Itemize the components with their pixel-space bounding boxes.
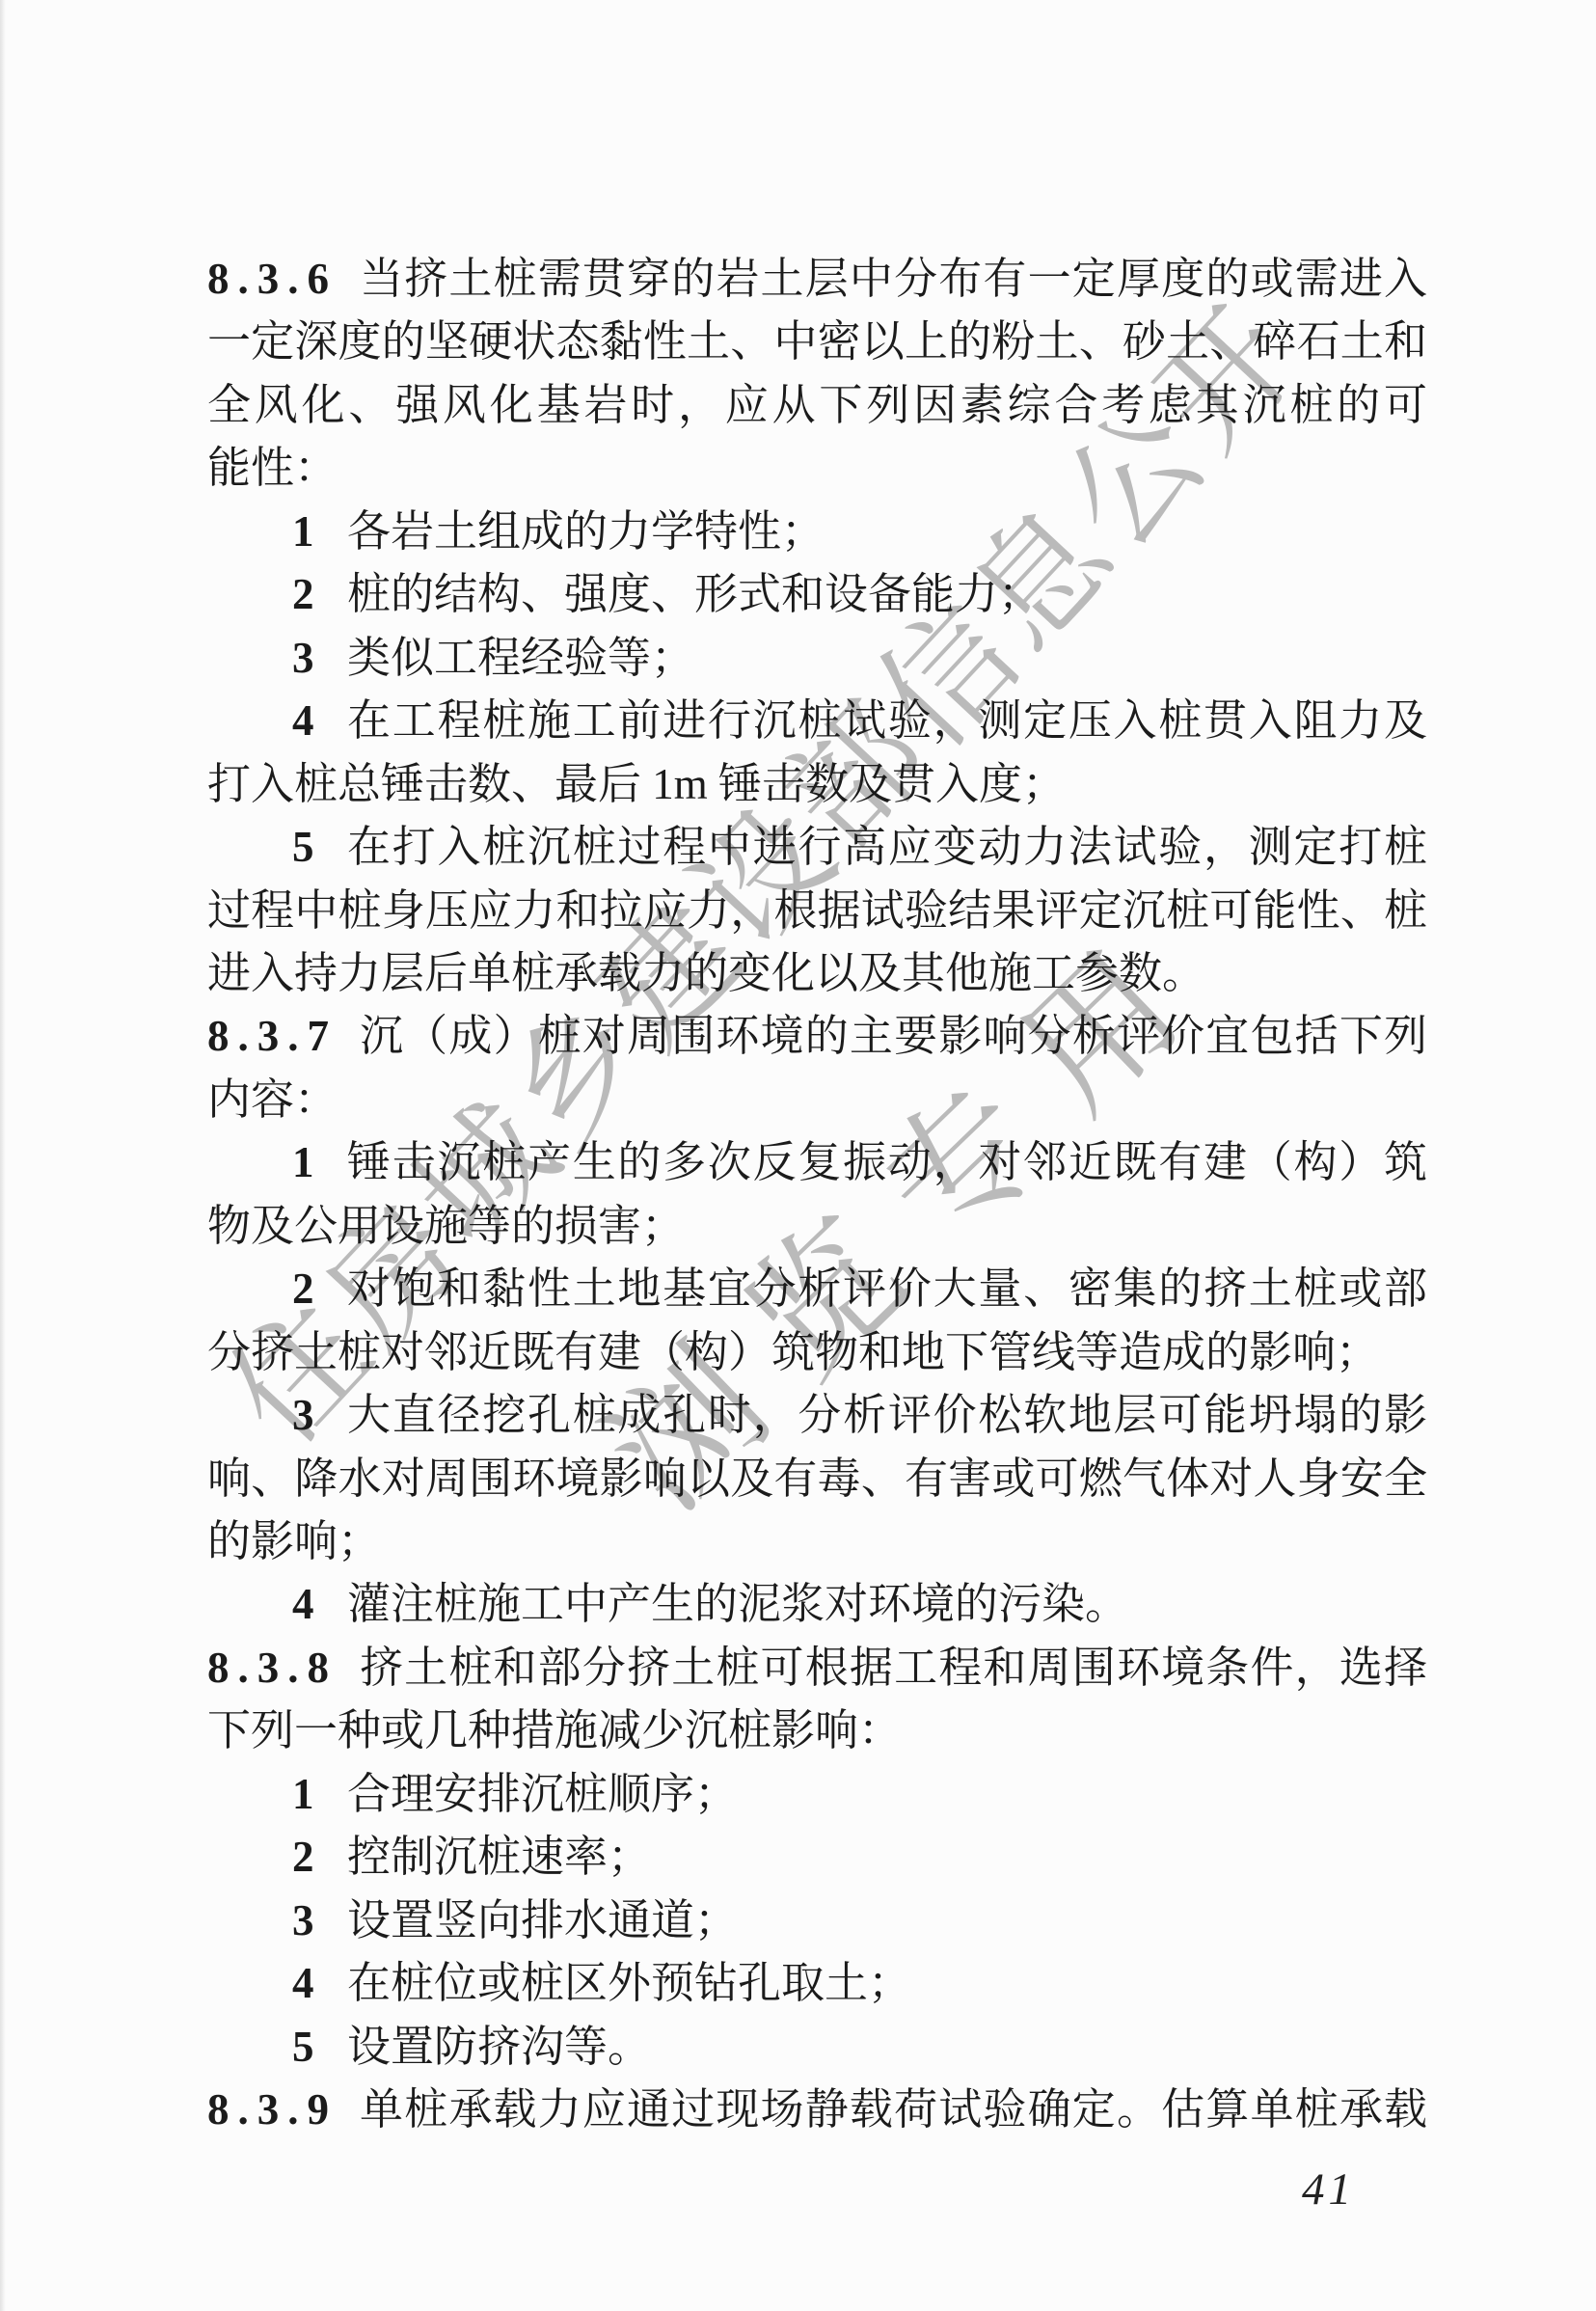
line-text: 设置防挤沟等。 bbox=[347, 2023, 651, 2071]
item-number: 1 bbox=[292, 506, 347, 557]
page-number: 41 bbox=[1177, 2163, 1355, 2216]
line-text: 设置竖向排水通道； bbox=[347, 1896, 738, 1944]
continuation-line: 能性： bbox=[207, 443, 1427, 493]
document-page: 住房城乡建设部信息公开 浏览专用 8.3.6当挤土桩需贯穿的岩土层中分布有一定厚… bbox=[0, 0, 1596, 2311]
line-text: 分挤土桩对邻近既有建（构）筑物和地下管线等造成的影响； bbox=[207, 1328, 1379, 1376]
item-number: 2 bbox=[292, 1832, 347, 1882]
line-text: 过程中桩身压应力和拉应力，根据试验结果评定沉桩可能性、桩 bbox=[207, 885, 1427, 936]
line-text: 大直径挖孔桩成孔时，分析评价松软地层可能坍塌的影 bbox=[347, 1390, 1427, 1440]
line-text: 一定深度的坚硬状态黏性土、中密以上的粉土、砂土、碎石土和 bbox=[207, 316, 1427, 367]
item-number: 1 bbox=[292, 1769, 347, 1819]
line-text: 响、降水对周围环境影响以及有毒、有害或可燃气体对人身安全 bbox=[207, 1454, 1427, 1504]
continuation-line: 的影响； bbox=[207, 1516, 1427, 1566]
continuation-line: 过程中桩身压应力和拉应力，根据试验结果评定沉桩可能性、桩 bbox=[207, 885, 1427, 936]
line-text: 内容： bbox=[207, 1075, 338, 1124]
list-item-line: 5设置防挤沟等。 bbox=[207, 2022, 1427, 2072]
item-number: 1 bbox=[292, 1137, 347, 1187]
line-text: 单桩承载力应通过现场静载荷试验确定。估算单桩承载 bbox=[360, 2084, 1427, 2134]
section-line: 8.3.8挤土桩和部分挤土桩可根据工程和周围环境条件，选择 bbox=[207, 1643, 1427, 1693]
section-line: 8.3.6当挤土桩需贯穿的岩土层中分布有一定厚度的或需进入 bbox=[207, 254, 1427, 304]
item-number: 3 bbox=[292, 633, 347, 683]
section-number: 8.3.9 bbox=[207, 2084, 360, 2134]
line-text: 灌注桩施工中产生的泥浆对环境的污染。 bbox=[347, 1580, 1128, 1628]
continuation-line: 响、降水对周围环境影响以及有毒、有害或可燃气体对人身安全 bbox=[207, 1454, 1427, 1504]
item-number: 4 bbox=[292, 1579, 347, 1629]
continuation-line: 下列一种或几种措施减少沉桩影响： bbox=[207, 1705, 1427, 1755]
line-text: 各岩土组成的力学特性； bbox=[347, 507, 825, 556]
item-number: 2 bbox=[292, 569, 347, 619]
line-text: 全风化、强风化基岩时，应从下列因素综合考虑其沉桩的可 bbox=[207, 380, 1427, 430]
continuation-line: 物及公用设施等的损害； bbox=[207, 1201, 1427, 1251]
list-item-line: 2桩的结构、强度、形式和设备能力； bbox=[207, 569, 1427, 619]
item-number: 5 bbox=[292, 822, 347, 872]
list-item-line: 1各岩土组成的力学特性； bbox=[207, 506, 1427, 557]
list-item-line: 5在打入桩沉桩过程中进行高应变动力法试验，测定打桩 bbox=[207, 822, 1427, 872]
list-item-line: 3设置竖向排水通道； bbox=[207, 1895, 1427, 1945]
continuation-line: 进入持力层后单桩承载力的变化以及其他施工参数。 bbox=[207, 948, 1427, 998]
continuation-line: 打入桩总锤击数、最后 1m 锤击数及贯入度； bbox=[207, 759, 1427, 809]
line-text: 控制沉桩速率； bbox=[347, 1833, 651, 1881]
continuation-line: 一定深度的坚硬状态黏性土、中密以上的粉土、砂土、碎石土和 bbox=[207, 316, 1427, 367]
line-text: 锤击沉桩产生的多次反复振动，对邻近既有建（构）筑 bbox=[347, 1137, 1427, 1187]
section-number: 8.3.8 bbox=[207, 1643, 360, 1693]
section-line: 8.3.9单桩承载力应通过现场静载荷试验确定。估算单桩承载 bbox=[207, 2084, 1427, 2134]
line-text: 类似工程经验等； bbox=[347, 634, 694, 682]
line-text: 沉（成）桩对周围环境的主要影响分析评价宜包括下列 bbox=[360, 1011, 1427, 1061]
text-block: 8.3.6当挤土桩需贯穿的岩土层中分布有一定厚度的或需进入一定深度的坚硬状态黏性… bbox=[0, 0, 1596, 2311]
section-number: 8.3.7 bbox=[207, 1011, 360, 1061]
line-text: 物及公用设施等的损害； bbox=[207, 1202, 685, 1250]
list-item-line: 4在桩位或桩区外预钻孔取土； bbox=[207, 1958, 1427, 2008]
item-number: 4 bbox=[292, 695, 347, 746]
list-item-line: 3类似工程经验等； bbox=[207, 633, 1427, 683]
line-text: 合理安排沉桩顺序； bbox=[347, 1770, 738, 1818]
line-text: 当挤土桩需贯穿的岩土层中分布有一定厚度的或需进入 bbox=[360, 254, 1427, 304]
list-item-line: 3大直径挖孔桩成孔时，分析评价松软地层可能坍塌的影 bbox=[207, 1390, 1427, 1440]
line-text: 进入持力层后单桩承载力的变化以及其他施工参数。 bbox=[207, 949, 1205, 997]
line-text: 打入桩总锤击数、最后 1m 锤击数及贯入度； bbox=[207, 760, 1066, 808]
list-item-line: 4灌注桩施工中产生的泥浆对环境的污染。 bbox=[207, 1579, 1427, 1629]
list-item-line: 4在工程桩施工前进行沉桩试验，测定压入桩贯入阻力及 bbox=[207, 695, 1427, 746]
section-number: 8.3.6 bbox=[207, 254, 360, 304]
list-item-line: 2控制沉桩速率； bbox=[207, 1832, 1427, 1882]
continuation-line: 内容： bbox=[207, 1074, 1427, 1125]
line-text: 的影响； bbox=[207, 1517, 381, 1565]
list-item-line: 1锤击沉桩产生的多次反复振动，对邻近既有建（构）筑 bbox=[207, 1137, 1427, 1187]
item-number: 2 bbox=[292, 1264, 347, 1314]
line-text: 下列一种或几种措施减少沉桩影响： bbox=[207, 1706, 902, 1754]
section-line: 8.3.7沉（成）桩对周围环境的主要影响分析评价宜包括下列 bbox=[207, 1011, 1427, 1061]
line-text: 挤土桩和部分挤土桩可根据工程和周围环境条件，选择 bbox=[360, 1643, 1427, 1693]
item-number: 3 bbox=[292, 1390, 347, 1440]
line-text: 能性： bbox=[207, 444, 338, 492]
line-text: 在打入桩沉桩过程中进行高应变动力法试验，测定打桩 bbox=[347, 822, 1427, 872]
item-number: 3 bbox=[292, 1895, 347, 1945]
item-number: 4 bbox=[292, 1958, 347, 2008]
continuation-line: 全风化、强风化基岩时，应从下列因素综合考虑其沉桩的可 bbox=[207, 380, 1427, 430]
line-text: 桩的结构、强度、形式和设备能力； bbox=[347, 570, 1041, 618]
line-text: 在工程桩施工前进行沉桩试验，测定压入桩贯入阻力及 bbox=[347, 695, 1427, 746]
continuation-line: 分挤土桩对邻近既有建（构）筑物和地下管线等造成的影响； bbox=[207, 1327, 1427, 1377]
list-item-line: 2对饱和黏性土地基宜分析评价大量、密集的挤土桩或部 bbox=[207, 1264, 1427, 1314]
list-item-line: 1合理安排沉桩顺序； bbox=[207, 1769, 1427, 1819]
line-text: 在桩位或桩区外预钻孔取土； bbox=[347, 1959, 911, 2007]
line-text: 对饱和黏性土地基宜分析评价大量、密集的挤土桩或部 bbox=[347, 1264, 1427, 1314]
item-number: 5 bbox=[292, 2022, 347, 2072]
